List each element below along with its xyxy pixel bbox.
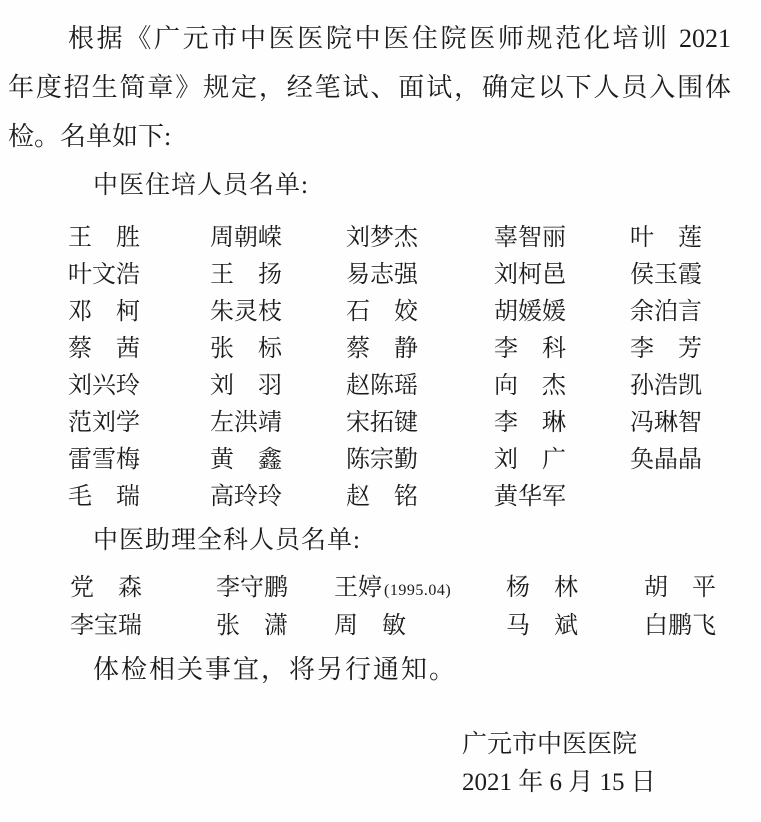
signature-organization: 广元市中医医院: [462, 726, 761, 764]
name-row: 党 森李守鹏王婷(1995.04)杨 林胡 平: [0, 569, 761, 607]
person-name: 胡 平: [644, 569, 761, 610]
document-page: 根据《广元市中医医院中医住院医师规范化培训 2021 年度招生简章》规定，经笔试…: [0, 0, 761, 822]
intro-line-1: 根据《广元市中医医院中医住院医师规范化培训 2021: [8, 14, 731, 63]
closing-note: 体检相关事宜，将另行通知。: [0, 645, 761, 694]
person-name: 孙浩凯: [630, 368, 761, 405]
person-name: 宋拓键: [346, 405, 494, 442]
person-name: 左洪靖: [210, 405, 346, 442]
person-name: 杨 林: [506, 569, 644, 610]
person-name: 王 胜: [68, 220, 210, 257]
person-name: 周 敏: [334, 607, 506, 645]
person-name: 石 姣: [346, 294, 494, 331]
person-name: 李宝瑞: [70, 607, 216, 645]
intro-line-3: 检。名单如下:: [8, 112, 731, 161]
trainee-name-table: 王 胜周朝嵘刘梦杰辜智丽叶 莲叶文浩王 扬易志强刘柯邑侯玉霞邓 柯朱灵枝石 姣胡…: [0, 220, 761, 516]
name-row: 范刘学左洪靖宋拓键李 琳冯琳智: [0, 405, 761, 442]
trainee-section-heading: 中医住培人员名单:: [0, 161, 761, 210]
name-row: 刘兴玲刘 羽赵陈瑶向 杰孙浩凯: [0, 368, 761, 405]
person-name: 冯琳智: [630, 405, 761, 442]
person-name: 刘柯邑: [494, 257, 630, 294]
person-name: 王 扬: [210, 257, 346, 294]
person-name: 朱灵枝: [210, 294, 346, 331]
person-name: 王婷(1995.04): [334, 569, 506, 610]
person-name: 刘梦杰: [346, 220, 494, 257]
person-name: 雷雪梅: [68, 442, 210, 479]
signature-date: 2021 年 6 月 15 日: [462, 764, 761, 802]
signature-block: 广元市中医医院 2021 年 6 月 15 日: [0, 726, 761, 802]
person-name: 李 琳: [494, 405, 630, 442]
person-name: 范刘学: [68, 405, 210, 442]
person-name: 黄 鑫: [210, 442, 346, 479]
birth-date-suffix: (1995.04): [384, 582, 451, 599]
person-name: 李守鹏: [216, 569, 334, 610]
person-name: 马 斌: [506, 607, 644, 645]
person-name: 刘 羽: [210, 368, 346, 405]
person-name: 周朝嵘: [210, 220, 346, 257]
person-name: 赵 铭: [346, 479, 494, 516]
person-name: 奂晶晶: [630, 442, 761, 479]
name-row: 叶文浩王 扬易志强刘柯邑侯玉霞: [0, 257, 761, 294]
name-row: 邓 柯朱灵枝石 姣胡媛媛余泊言: [0, 294, 761, 331]
person-name: 张 标: [210, 331, 346, 368]
person-name: 叶文浩: [68, 257, 210, 294]
assistant-section-heading: 中医助理全科人员名单:: [0, 516, 761, 565]
assistant-name-table: 党 森李守鹏王婷(1995.04)杨 林胡 平李宝瑞张 潇周 敏马 斌白鹏飞: [0, 569, 761, 645]
person-name: 叶 莲: [630, 220, 761, 257]
person-name: 党 森: [70, 569, 216, 610]
name-row: 雷雪梅黄 鑫陈宗勤刘 广奂晶晶: [0, 442, 761, 479]
intro-line-2: 年度招生简章》规定，经笔试、面试，确定以下人员入围体: [8, 63, 731, 112]
person-name: 邓 柯: [68, 294, 210, 331]
person-name: 向 杰: [494, 368, 630, 405]
person-name: 胡媛媛: [494, 294, 630, 331]
name-row: 王 胜周朝嵘刘梦杰辜智丽叶 莲: [0, 220, 761, 257]
name-row: 李宝瑞张 潇周 敏马 斌白鹏飞: [0, 607, 761, 645]
person-name: 毛 瑞: [68, 479, 210, 516]
person-name: 余泊言: [630, 294, 761, 331]
person-name: 蔡 静: [346, 331, 494, 368]
person-name: 李 芳: [630, 331, 761, 368]
name-row: 蔡 茜张 标蔡 静李 科李 芳: [0, 331, 761, 368]
person-name: 黄华军: [494, 479, 630, 516]
intro-paragraph: 根据《广元市中医医院中医住院医师规范化培训 2021 年度招生简章》规定，经笔试…: [0, 14, 761, 161]
person-name: 李 科: [494, 331, 630, 368]
name-row: 毛 瑞高玲玲赵 铭黄华军: [0, 479, 761, 516]
person-name: 辜智丽: [494, 220, 630, 257]
person-name: 蔡 茜: [68, 331, 210, 368]
person-name: 易志强: [346, 257, 494, 294]
person-name: 刘兴玲: [68, 368, 210, 405]
person-name: 刘 广: [494, 442, 630, 479]
person-name: 赵陈瑶: [346, 368, 494, 405]
person-name: 陈宗勤: [346, 442, 494, 479]
person-name: 高玲玲: [210, 479, 346, 516]
person-name: 张 潇: [216, 607, 334, 645]
person-name: 侯玉霞: [630, 257, 761, 294]
person-name: 白鹏飞: [644, 607, 761, 645]
